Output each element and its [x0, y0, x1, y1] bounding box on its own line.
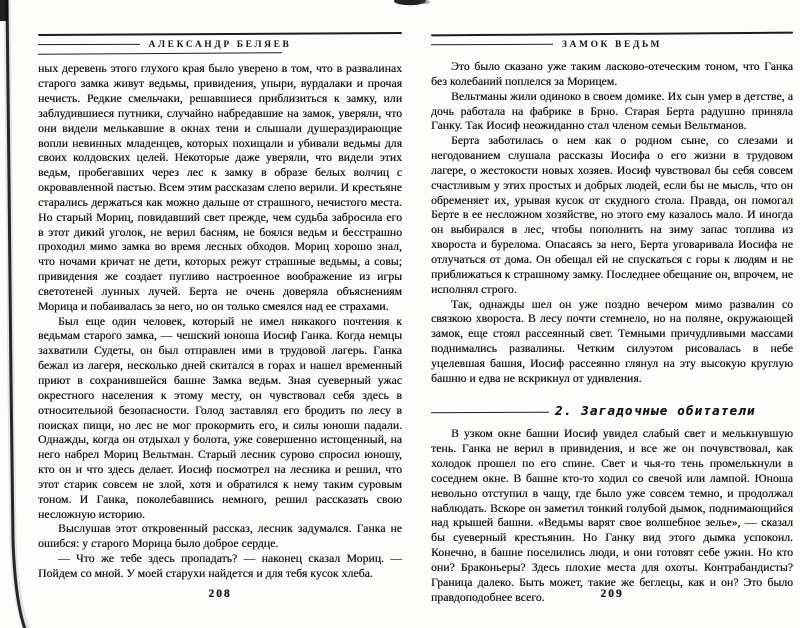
right-page-number: 209	[431, 588, 793, 600]
left-page-number: 208	[38, 588, 402, 600]
section-heading: 2. Загадочные обитатели	[431, 404, 793, 419]
body-paragraph: ных деревень этого глухого края было уве…	[38, 62, 402, 314]
body-paragraph: Был еще один человек, который не имел ни…	[38, 315, 402, 523]
header-rule-left	[431, 44, 553, 46]
left-page-body: ных деревень этого глухого края было уве…	[38, 62, 402, 582]
body-paragraph: Выслушав этот откровенный рассказ, лесни…	[38, 522, 402, 552]
left-running-head: АЛЕКСАНДР БЕЛЯЕВ	[38, 33, 402, 54]
left-page-header: АЛЕКСАНДР БЕЛЯЕВ	[140, 40, 301, 50]
top-left-corner-blot	[0, 0, 8, 21]
left-edge-scan-line	[7, 0, 25, 628]
body-paragraph: Вельтманы жили одиноко в своем домике. И…	[431, 90, 793, 135]
body-paragraph: В узком окне башни Иосиф увидел слабый с…	[431, 427, 793, 605]
header-rule-top	[38, 32, 402, 36]
gutter-ink-smudge-fade	[420, 0, 430, 4]
body-paragraph: Берта заботилась о нем как о родном сыне…	[431, 134, 793, 297]
book-scan-spread: АЛЕКСАНДР БЕЛЯЕВ ных деревень этого глух…	[0, 0, 800, 628]
right-page-body: Это было сказано уже таким ласково-отече…	[431, 60, 793, 606]
body-paragraph: Так, однажды шел он уже поздно вечером м…	[431, 298, 793, 387]
section-heading-text: 2. Загадочные обитатели	[555, 404, 756, 419]
right-page: ЗАМОК ВЕДЬМ Это было сказано уже таким л…	[431, 0, 793, 628]
right-running-head: ЗАМОК ВЕДЬМ	[431, 33, 793, 52]
section-heading-rule	[431, 412, 549, 414]
left-edge-scan-line-halo	[7, 0, 27, 628]
left-page: АЛЕКСАНДР БЕЛЯЕВ ных деревень этого глух…	[38, 0, 402, 628]
body-paragraph: Это было сказано уже таким ласково-отече…	[431, 60, 793, 90]
header-rule-bottom	[38, 52, 282, 55]
header-rule-left	[38, 44, 140, 46]
right-page-header: ЗАМОК ВЕДЬМ	[553, 40, 671, 50]
header-rule-top	[431, 32, 793, 37]
body-paragraph: — Что же тебе здесь пропадать? — наконец…	[38, 552, 402, 582]
